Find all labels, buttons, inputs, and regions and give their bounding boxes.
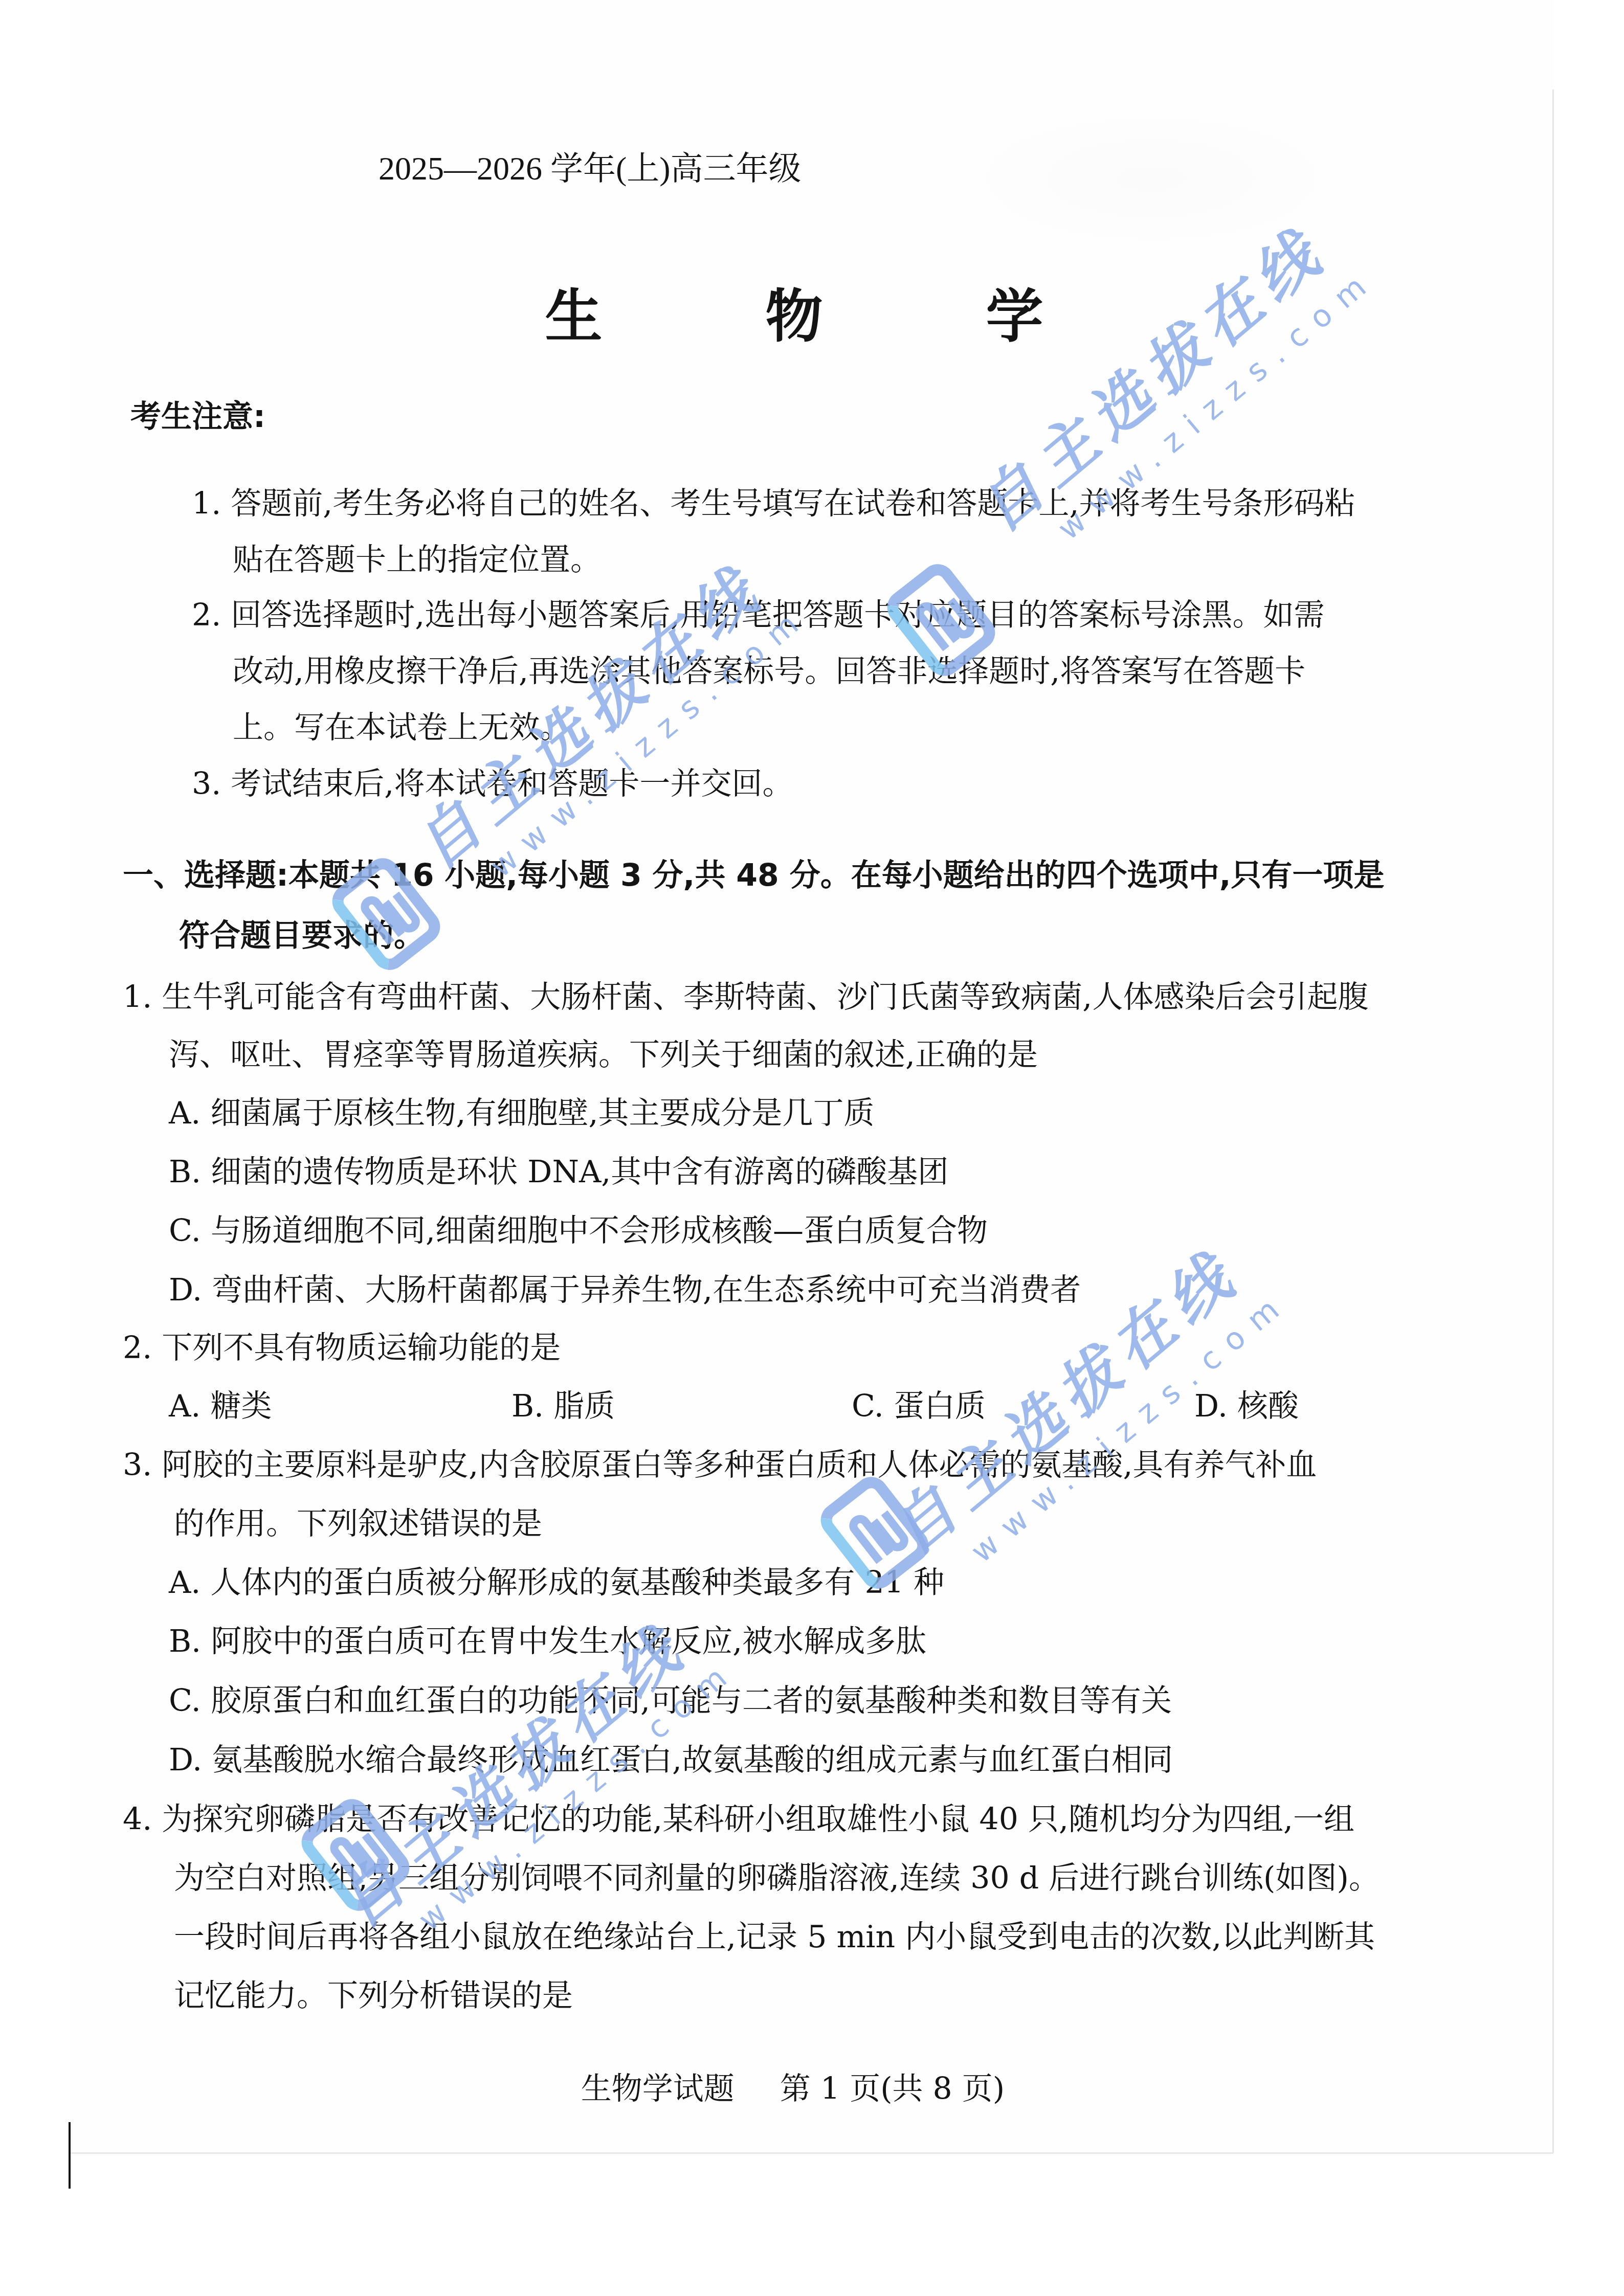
question-2-option-a: A. 糖类 — [169, 1386, 272, 1427]
notice-item-2-line-1: 2. 回答选择题时,选出每小题答案后,用铅笔把答题卡对应题目的答案标号涂黑。如需 — [192, 595, 1324, 636]
section-1-heading-line-2: 符合题目要求的。 — [179, 915, 425, 956]
question-3-option-a: A. 人体内的蛋白质被分解形成的氨基酸种类最多有 21 种 — [169, 1562, 944, 1603]
question-3-option-b: B. 阿胶中的蛋白质可在胃中发生水解反应,被水解成多肽 — [169, 1621, 926, 1662]
page-right-edge — [1552, 89, 1554, 2153]
notice-item-1-line-2: 贴在答题卡上的指定位置。 — [233, 539, 601, 580]
footer-page-info: 第 1 页(共 8 页) — [780, 2071, 1005, 2107]
question-4-stem-line-2: 为空白对照组,另三组分别饲喂不同剂量的卵磷脂溶液,连续 30 d 后进行跳台训练… — [174, 1858, 1380, 1899]
question-4-stem-line-3: 一段时间后再将各组小鼠放在绝缘站台上,记录 5 min 内小鼠受到电击的次数,以… — [174, 1917, 1375, 1957]
notice-item-3-line-1: 3. 考试结束后,将本试卷和答题卡一并交回。 — [192, 763, 793, 804]
question-3-option-c: C. 胶原蛋白和血红蛋白的功能不同,可能与二者的氨基酸种类和数目等有关 — [169, 1680, 1172, 1721]
question-1-option-b: B. 细菌的遗传物质是环状 DNA,其中含有游离的磷酸基团 — [169, 1152, 948, 1192]
question-4-stem-line-4: 记忆能力。下列分析错误的是 — [174, 1975, 573, 2016]
footer-subject: 生物学试题 — [581, 2071, 735, 2107]
notice-item-1-line-1: 1. 答题前,考生务必将自己的姓名、考生号填写在试卷和答题卡上,并将考生号条形码… — [192, 483, 1355, 524]
page-bottom-edge — [69, 2152, 1553, 2154]
exam-term-header: 2025—2026 学年(上)高三年级 — [379, 148, 802, 189]
notice-heading: 考生注意: — [130, 396, 265, 437]
question-3-stem-line-2: 的作用。下列叙述错误的是 — [174, 1503, 542, 1544]
question-1-option-c: C. 与肠道细胞不同,细菌细胞中不会形成核酸—蛋白质复合物 — [169, 1210, 988, 1251]
question-2-stem: 2. 下列不具有物质运输功能的是 — [123, 1327, 561, 1368]
question-1-option-d: D. 弯曲杆菌、大肠杆菌都属于异养生物,在生态系统中可充当消费者 — [169, 1270, 1081, 1311]
question-4-stem-line-1: 4. 为探究卵磷脂是否有改善记忆的功能,某科研小组取雄性小鼠 40 只,随机均分… — [123, 1799, 1354, 1840]
subject-title: 生 物 学 — [0, 284, 1624, 350]
redacted-header-area — [972, 112, 1330, 245]
notice-item-2-line-3: 上。写在本试卷上无效。 — [233, 707, 570, 748]
question-1-stem-line-1: 1. 生牛乳可能含有弯曲杆菌、大肠杆菌、李斯特菌、沙门氏菌等致病菌,人体感染后会… — [123, 977, 1368, 1018]
question-2-option-d: D. 核酸 — [1194, 1386, 1299, 1427]
page-left-mark — [69, 2122, 71, 2189]
page-footer: 生物学试题 第 1 页(共 8 页) — [0, 2068, 1624, 2109]
question-2-option-c: C. 蛋白质 — [852, 1386, 986, 1427]
question-1-stem-line-2: 泻、呕吐、胃痉挛等胃肠道疾病。下列关于细菌的叙述,正确的是 — [169, 1034, 1038, 1075]
notice-item-2-line-2: 改动,用橡皮擦干净后,再选涂其他答案标号。回答非选择题时,将答案写在答题卡 — [233, 651, 1305, 692]
question-2-option-b: B. 脂质 — [511, 1386, 615, 1427]
question-3-stem-line-1: 3. 阿胶的主要原料是驴皮,内含胶原蛋白等多种蛋白质和人体必需的氨基酸,具有养气… — [123, 1445, 1317, 1485]
section-1-heading-line-1: 一、选择题:本题共 16 小题,每小题 3 分,共 48 分。在每小题给出的四个… — [123, 855, 1384, 896]
question-3-option-d: D. 氨基酸脱水缩合最终形成血红蛋白,故氨基酸的组成元素与血红蛋白相同 — [169, 1740, 1173, 1781]
question-1-option-a: A. 细菌属于原核生物,有细胞壁,其主要成分是几丁质 — [169, 1093, 875, 1134]
